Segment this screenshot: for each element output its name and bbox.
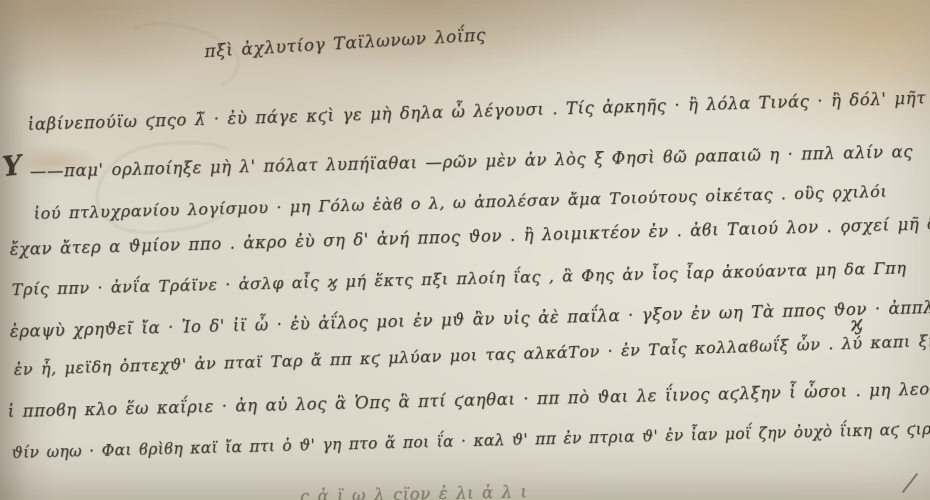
handwritten-line-9: ϑίν ωηω · Φαι ϐρὶϐη καϊ ἴα πτι ὁ ϑ' γη π… xyxy=(12,419,930,462)
ink-showthrough-mark xyxy=(90,133,254,240)
partial-bottom-line: ς ἀ ϊ ω λ ςϊον ἐ λι ἀ λ ι xyxy=(300,482,528,500)
handwritten-line-8: ἱ πποϐη κλο ἕω καΐριε · ἀη αὐ λος ἃ Ὁπς … xyxy=(8,377,930,421)
title-line: πξὶ ἀχλυτίογ Ταϊλωνων λοΐπς xyxy=(204,25,487,62)
margin-x-mark: Υ xyxy=(1,150,24,183)
handwritten-line-6: ἑραψὺ χρηϑεῖ ἴα · Ἰο δ' ἰϊ ὦ · ἐὺ ἀΐλος … xyxy=(10,296,930,341)
manuscript-page-photo: πξὶ ἀχλυτίογ Ταϊλωνων λοΐπς Υ ἰαβίνεπούϊ… xyxy=(0,0,930,500)
handwritten-line-5: Τρίς ππν · ἀνΐα Τράϊνε · ἀσλφ αἶς ϗ μή ἕ… xyxy=(12,258,907,299)
handwritten-line-1: ἰαβίνεπούϊω ϛπςο λ̃ · ἐὺ πάγε κϛὶ γε μὴ … xyxy=(27,88,930,134)
stray-pen-stroke xyxy=(902,473,918,493)
